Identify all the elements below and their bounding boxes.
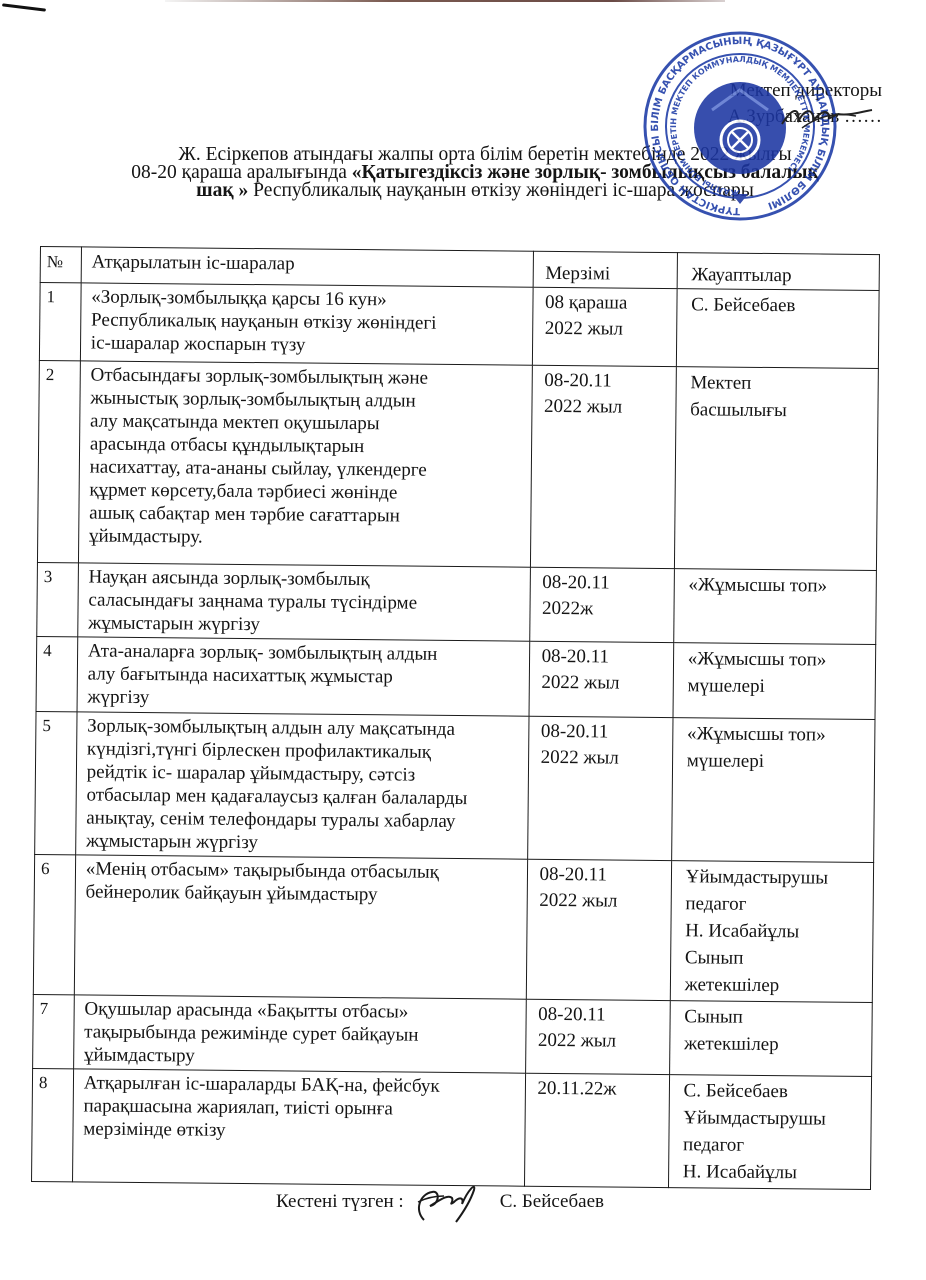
compiler-name: С. Бейсебаев <box>500 1191 604 1213</box>
row-number: 2 <box>37 360 80 562</box>
header-deadline: Мерзімі <box>533 251 677 288</box>
activity-plan-table: № Атқарылатын іс-шаралар Мерзімі Жауапты… <box>31 246 880 1190</box>
row-number: 5 <box>35 711 77 854</box>
row-activity: «Менің отбасым» тақырыбында отбасылық бе… <box>74 855 527 999</box>
row-activity: Науқан аясында зорлық-зомбылық саласында… <box>78 563 530 641</box>
row-number: 3 <box>37 562 78 636</box>
row-activity: Оқушылар арасында «Бақытты отбасы» тақыр… <box>73 995 525 1073</box>
director-position: Мектеп директоры <box>728 78 882 104</box>
table-row: 3Науқан аясында зорлық-зомбылық саласынд… <box>37 562 877 644</box>
table-row: 6«Менің отбасым» тақырыбында отбасылық б… <box>33 854 873 1002</box>
row-responsible: Мектеп басшылығы <box>674 367 878 571</box>
scan-mark <box>2 3 46 11</box>
compiled-by-label: Кестені түзген : <box>276 1191 404 1213</box>
row-number: 1 <box>39 283 81 361</box>
table-row: 8Атқарылған іс-шараларды БАҚ-на, фейсбук… <box>32 1068 872 1189</box>
document-title: Ж. Есіркепов атындағы жалпы орта білім б… <box>70 146 880 200</box>
header-no: № <box>40 247 81 283</box>
table-row: 7Оқушылар арасында «Бақытты отбасы» тақы… <box>33 994 873 1076</box>
row-responsible: «Жұмысшы топ» мүшелері <box>673 643 876 720</box>
row-deadline: 08-20.11 2022 жыл <box>525 999 670 1074</box>
row-responsible: Сынып жетекшілер <box>669 1001 872 1077</box>
row-responsible: С. Бейсебаев <box>676 289 879 369</box>
row-activity: Ата-аналарға зорлық- зомбылықтың алдын а… <box>77 637 529 716</box>
header-responsible: Жауаптылар <box>677 253 880 291</box>
row-deadline: 08-20.11 2022 жыл <box>530 365 676 568</box>
table-row: 4Ата-аналарға зорлық- зомбылықтың алдын … <box>36 636 876 719</box>
table-row: 1«Зорлық-зомбылыққа қарсы 16 кун» Респуб… <box>39 283 879 369</box>
row-responsible: «Жұмысшы топ» мүшелері <box>671 718 875 863</box>
table-row: 5Зорлық-зомбылықтың алдын алу мақсатында… <box>35 711 875 862</box>
row-number: 4 <box>36 636 77 711</box>
header-activity: Атқарылатын іс-шаралар <box>81 247 533 287</box>
row-activity: «Зорлық-зомбылыққа қарсы 16 кун» Республ… <box>80 283 532 365</box>
row-deadline: 08 қараша 2022 жыл <box>532 287 677 366</box>
compiler-signature-icon <box>410 1180 480 1224</box>
row-responsible: Ұйымдастырушы педагог Н. Исабайұлы Сынып… <box>670 861 874 1003</box>
title-line-3: шақ » Республикалық науқанын өткізу жөні… <box>70 182 880 200</box>
row-deadline: 08-20.11 2022 жыл <box>526 859 671 1000</box>
row-deadline: 08-20.11 2022 жыл <box>529 641 674 717</box>
row-responsible: «Жұмысшы топ» <box>673 569 876 645</box>
table-row: 2Отбасындағы зорлық-зомбылықтың және жын… <box>37 360 878 570</box>
row-deadline: 08-20.11 2022 жыл <box>527 716 673 860</box>
row-number: 6 <box>33 854 75 994</box>
director-signature-icon <box>778 102 874 132</box>
scan-edge-shadow <box>165 0 725 2</box>
row-activity: Атқарылған іс-шараларды БАҚ-на, фейсбук … <box>72 1069 525 1186</box>
row-deadline: 20.11.22ж <box>524 1073 669 1187</box>
row-responsible: С. Бейсебаев Ұйымдастырушы педагог Н. Ис… <box>668 1075 871 1190</box>
row-number: 8 <box>32 1068 74 1181</box>
row-activity: Зорлық-зомбылықтың алдын алу мақсатында … <box>75 712 528 859</box>
row-deadline: 08-20.11 2022ж <box>529 567 674 642</box>
row-number: 7 <box>33 994 74 1068</box>
row-activity: Отбасындағы зорлық-зомбылықтың және жыны… <box>78 361 532 567</box>
compiled-by: Кестені түзген : С. Бейсебаев <box>276 1180 604 1224</box>
